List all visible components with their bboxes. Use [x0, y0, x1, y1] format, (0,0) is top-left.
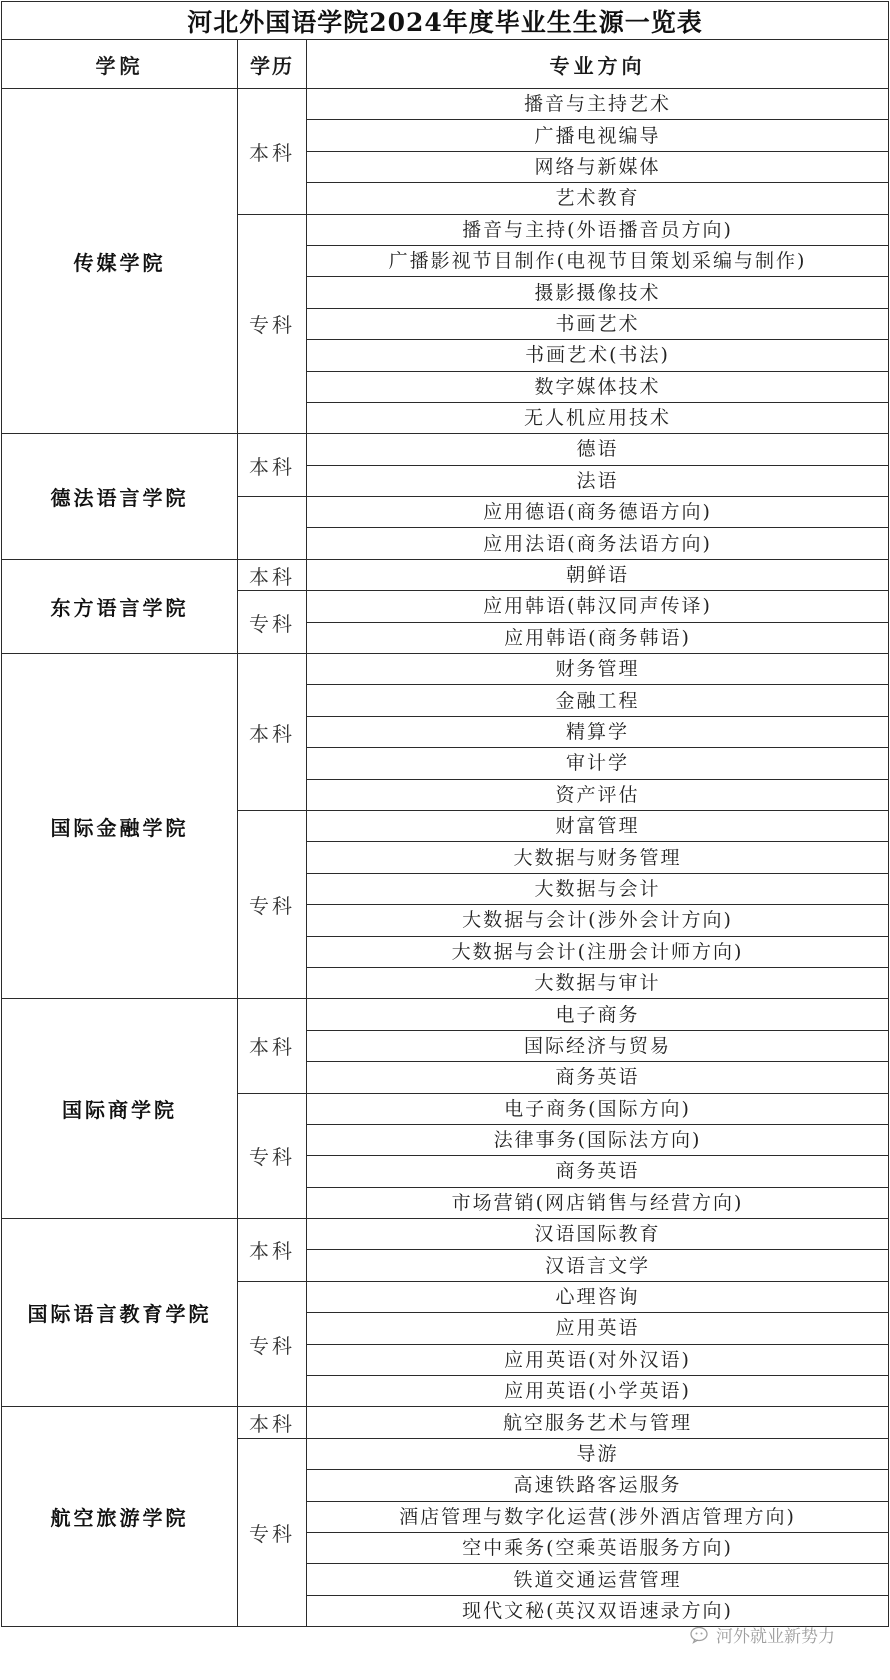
roster-sheet: 河北外国语学院2024年度毕业生生源一览表 学院 学历 专业方向 传媒学院本科播… [1, 1, 888, 1678]
major-name: 金融工程 [307, 685, 889, 716]
major-name: 播音与主持艺术 [307, 89, 889, 120]
major-name: 大数据与会计 [307, 873, 889, 904]
education-level: 专科 [238, 1281, 307, 1407]
education-level: 本科 [238, 1219, 307, 1282]
major-name: 精算学 [307, 716, 889, 747]
table-row: 德法语言学院本科德语 [2, 434, 889, 465]
roster-body: 传媒学院本科播音与主持艺术广播电视编导网络与新媒体艺术教育专科播音与主持(外语播… [2, 89, 889, 1627]
major-name: 应用英语(小学英语) [307, 1376, 889, 1407]
table-row: 国际商学院本科电子商务 [2, 999, 889, 1030]
header-row: 学院 学历 专业方向 [2, 40, 889, 89]
major-name: 高速铁路客运服务 [307, 1470, 889, 1501]
major-name: 大数据与审计 [307, 967, 889, 998]
header-level: 学历 [238, 40, 307, 89]
major-name: 汉语言文学 [307, 1250, 889, 1281]
title-row: 河北外国语学院2024年度毕业生生源一览表 [2, 2, 889, 40]
major-name: 大数据与财务管理 [307, 842, 889, 873]
major-name: 应用英语 [307, 1313, 889, 1344]
college-name: 航空旅游学院 [2, 1407, 238, 1627]
college-name: 东方语言学院 [2, 559, 238, 653]
education-level: 专科 [238, 810, 307, 998]
major-name: 汉语国际教育 [307, 1219, 889, 1250]
education-level: 专科 [238, 1093, 307, 1219]
college-name: 国际语言教育学院 [2, 1219, 238, 1407]
major-name: 空中乘务(空乘英语服务方向) [307, 1532, 889, 1563]
major-name: 财富管理 [307, 810, 889, 841]
table-row: 航空旅游学院本科航空服务艺术与管理 [2, 1407, 889, 1438]
education-level: 本科 [238, 89, 307, 215]
major-name: 书画艺术 [307, 308, 889, 339]
major-name: 艺术教育 [307, 183, 889, 214]
education-level: 专科 [238, 591, 307, 654]
major-name: 法律事务(国际法方向) [307, 1124, 889, 1155]
major-name: 电子商务 [307, 999, 889, 1030]
major-name: 酒店管理与数字化运营(涉外酒店管理方向) [307, 1501, 889, 1532]
major-name: 书画艺术(书法) [307, 340, 889, 371]
education-level: 本科 [238, 1407, 307, 1438]
college-name: 德法语言学院 [2, 434, 238, 560]
major-name: 应用韩语(商务韩语) [307, 622, 889, 653]
education-level: 本科 [238, 559, 307, 590]
major-name: 德语 [307, 434, 889, 465]
major-name: 国际经济与贸易 [307, 1030, 889, 1061]
major-name: 铁道交通运营管理 [307, 1564, 889, 1595]
education-level [238, 497, 307, 560]
major-name: 法语 [307, 465, 889, 496]
major-name: 网络与新媒体 [307, 151, 889, 182]
major-name: 商务英语 [307, 1156, 889, 1187]
major-name: 航空服务艺术与管理 [307, 1407, 889, 1438]
table-title: 河北外国语学院2024年度毕业生生源一览表 [2, 2, 889, 40]
major-name: 心理咨询 [307, 1281, 889, 1312]
header-major: 专业方向 [307, 40, 889, 89]
college-name: 国际金融学院 [2, 654, 238, 999]
education-level: 本科 [238, 434, 307, 497]
education-level: 本科 [238, 999, 307, 1093]
major-name: 大数据与会计(涉外会计方向) [307, 905, 889, 936]
major-name: 广播影视节目制作(电视节目策划采编与制作) [307, 245, 889, 276]
major-name: 大数据与会计(注册会计师方向) [307, 936, 889, 967]
table-row: 国际金融学院本科财务管理 [2, 654, 889, 685]
major-name: 无人机应用技术 [307, 402, 889, 433]
major-name: 电子商务(国际方向) [307, 1093, 889, 1124]
major-name: 朝鲜语 [307, 559, 889, 590]
major-name: 市场营销(网店销售与经营方向) [307, 1187, 889, 1218]
graduate-roster-table: 河北外国语学院2024年度毕业生生源一览表 学院 学历 专业方向 传媒学院本科播… [1, 1, 889, 1627]
major-name: 审计学 [307, 748, 889, 779]
major-name: 财务管理 [307, 654, 889, 685]
college-name: 传媒学院 [2, 89, 238, 434]
major-name: 播音与主持(外语播音员方向) [307, 214, 889, 245]
college-name: 国际商学院 [2, 999, 238, 1219]
education-level: 专科 [238, 214, 307, 434]
major-name: 导游 [307, 1438, 889, 1469]
table-row: 传媒学院本科播音与主持艺术 [2, 89, 889, 120]
major-name: 应用韩语(韩汉同声传译) [307, 591, 889, 622]
major-name: 应用德语(商务德语方向) [307, 497, 889, 528]
education-level: 本科 [238, 654, 307, 811]
major-name: 摄影摄像技术 [307, 277, 889, 308]
major-name: 应用法语(商务法语方向) [307, 528, 889, 559]
major-name: 广播电视编导 [307, 120, 889, 151]
major-name: 资产评估 [307, 779, 889, 810]
table-row: 东方语言学院本科朝鲜语 [2, 559, 889, 590]
major-name: 数字媒体技术 [307, 371, 889, 402]
major-name: 现代文秘(英汉双语速录方向) [307, 1595, 889, 1626]
major-name: 应用英语(对外汉语) [307, 1344, 889, 1375]
table-row: 国际语言教育学院本科汉语国际教育 [2, 1219, 889, 1250]
education-level: 专科 [238, 1438, 307, 1626]
header-college: 学院 [2, 40, 238, 89]
major-name: 商务英语 [307, 1062, 889, 1093]
